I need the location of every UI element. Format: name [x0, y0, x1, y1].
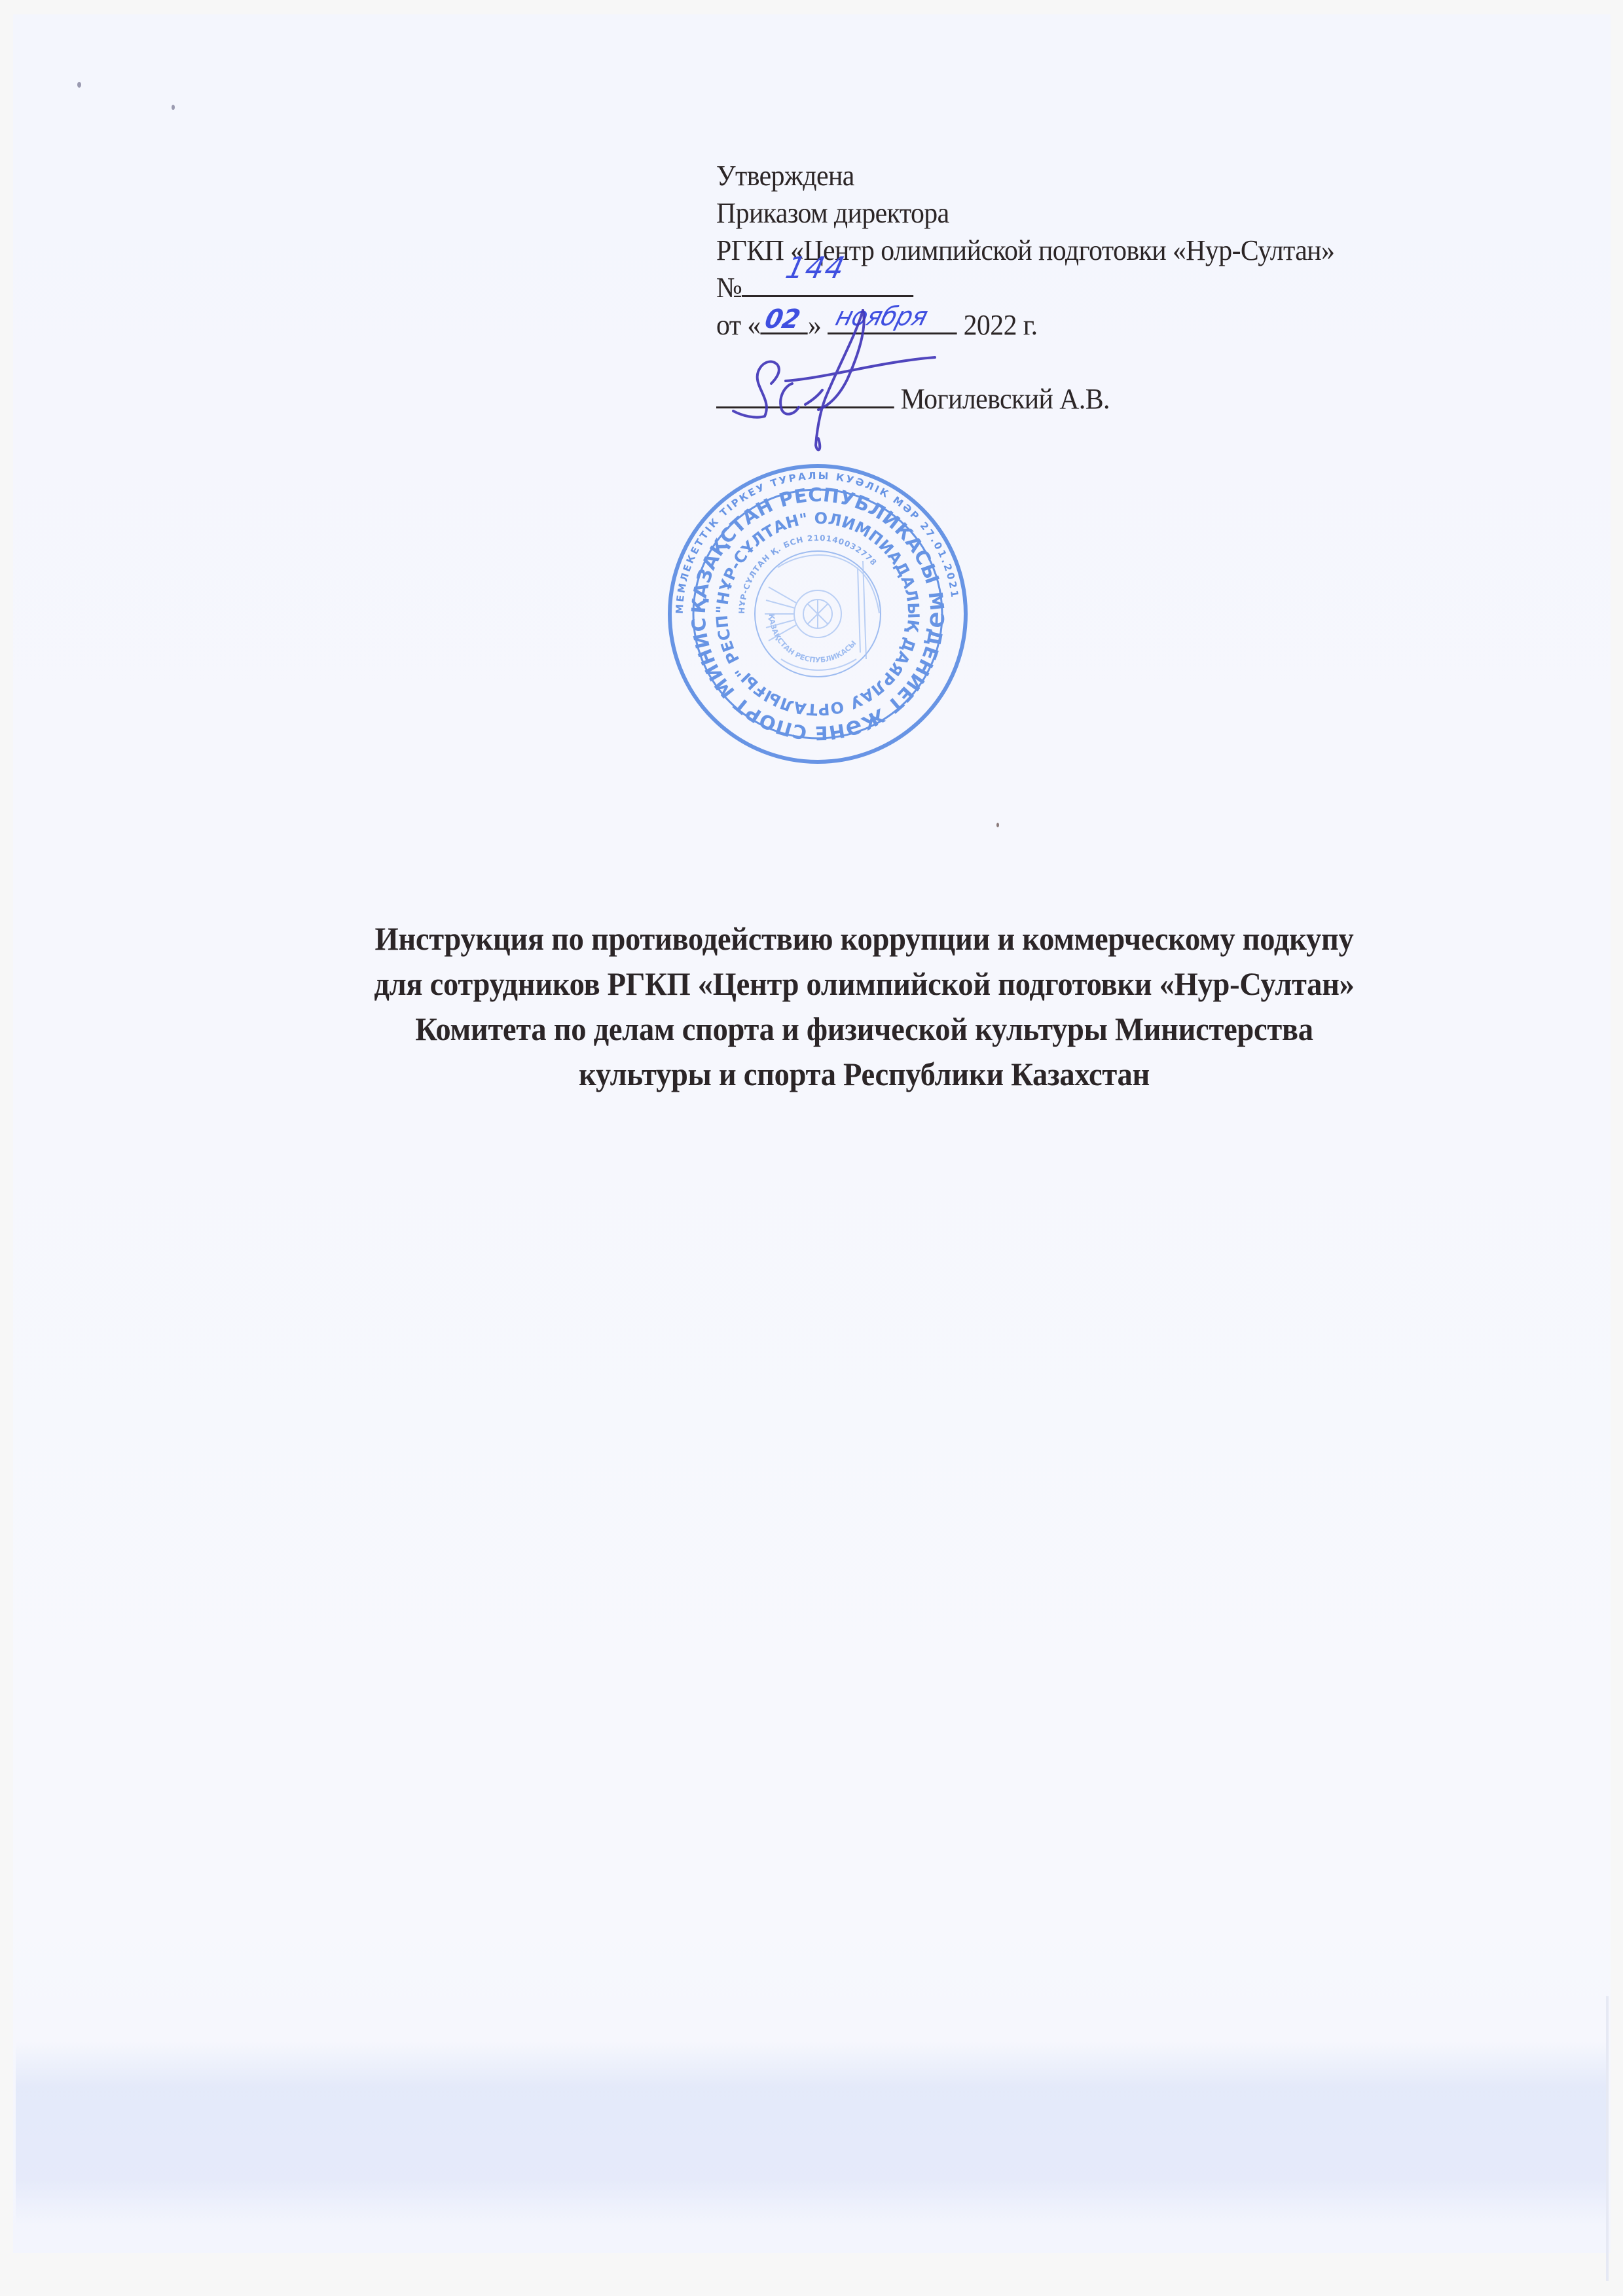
- scan-speck: [996, 823, 999, 827]
- scan-edge: [1606, 1996, 1609, 2281]
- order-number-field: 144: [742, 269, 913, 297]
- signatory-name: Могилевский А.В.: [901, 383, 1110, 415]
- number-sign: №: [716, 272, 742, 304]
- approval-line-order: Приказом директора: [716, 194, 1334, 232]
- scan-speck: [77, 82, 81, 88]
- date-day-handwritten: 02: [762, 301, 803, 338]
- official-stamp-icon: МЕМЛЕКЕТТІК ТІРКЕУ ТУРАЛЫ КУӘЛІК МӘР 27.…: [666, 463, 969, 765]
- svg-text:ҚАЗАҚСТАН РЕСПУБЛИКАСЫ: ҚАЗАҚСТАН РЕСПУБЛИКАСЫ: [767, 613, 858, 664]
- signature-field: [716, 380, 894, 408]
- title-line-1: Инструкция по противодействию коррупции …: [243, 916, 1485, 961]
- title-line-3: Комитета по делам спорта и физической ку…: [243, 1007, 1485, 1052]
- date-year: 2022 г.: [964, 309, 1038, 341]
- date-mid: »: [808, 309, 821, 341]
- approval-block: Утверждена Приказом директора РГКП «Цент…: [716, 157, 1334, 418]
- date-month-field: ноября: [828, 306, 957, 334]
- date-prefix: от «: [716, 309, 761, 341]
- order-number-handwritten: 144: [782, 249, 850, 287]
- order-number-line: № 144: [716, 269, 1334, 306]
- signature-line: Могилевский А.В.: [716, 380, 1334, 418]
- date-day-field: 02: [761, 306, 808, 334]
- approval-line-approved: Утверждена: [716, 157, 1334, 194]
- scan-shading-band: [16, 2042, 1607, 2225]
- date-month-handwritten: ноября: [831, 298, 932, 336]
- title-line-2: для сотрудников РГКП «Центр олимпийской …: [243, 961, 1485, 1007]
- order-date-line: от « 02 » ноября 2022 г.: [716, 306, 1334, 344]
- title-line-4: культуры и спорта Республики Казахстан: [243, 1052, 1485, 1097]
- scan-speck: [172, 105, 175, 110]
- document-title: Инструкция по противодействию коррупции …: [196, 916, 1532, 1097]
